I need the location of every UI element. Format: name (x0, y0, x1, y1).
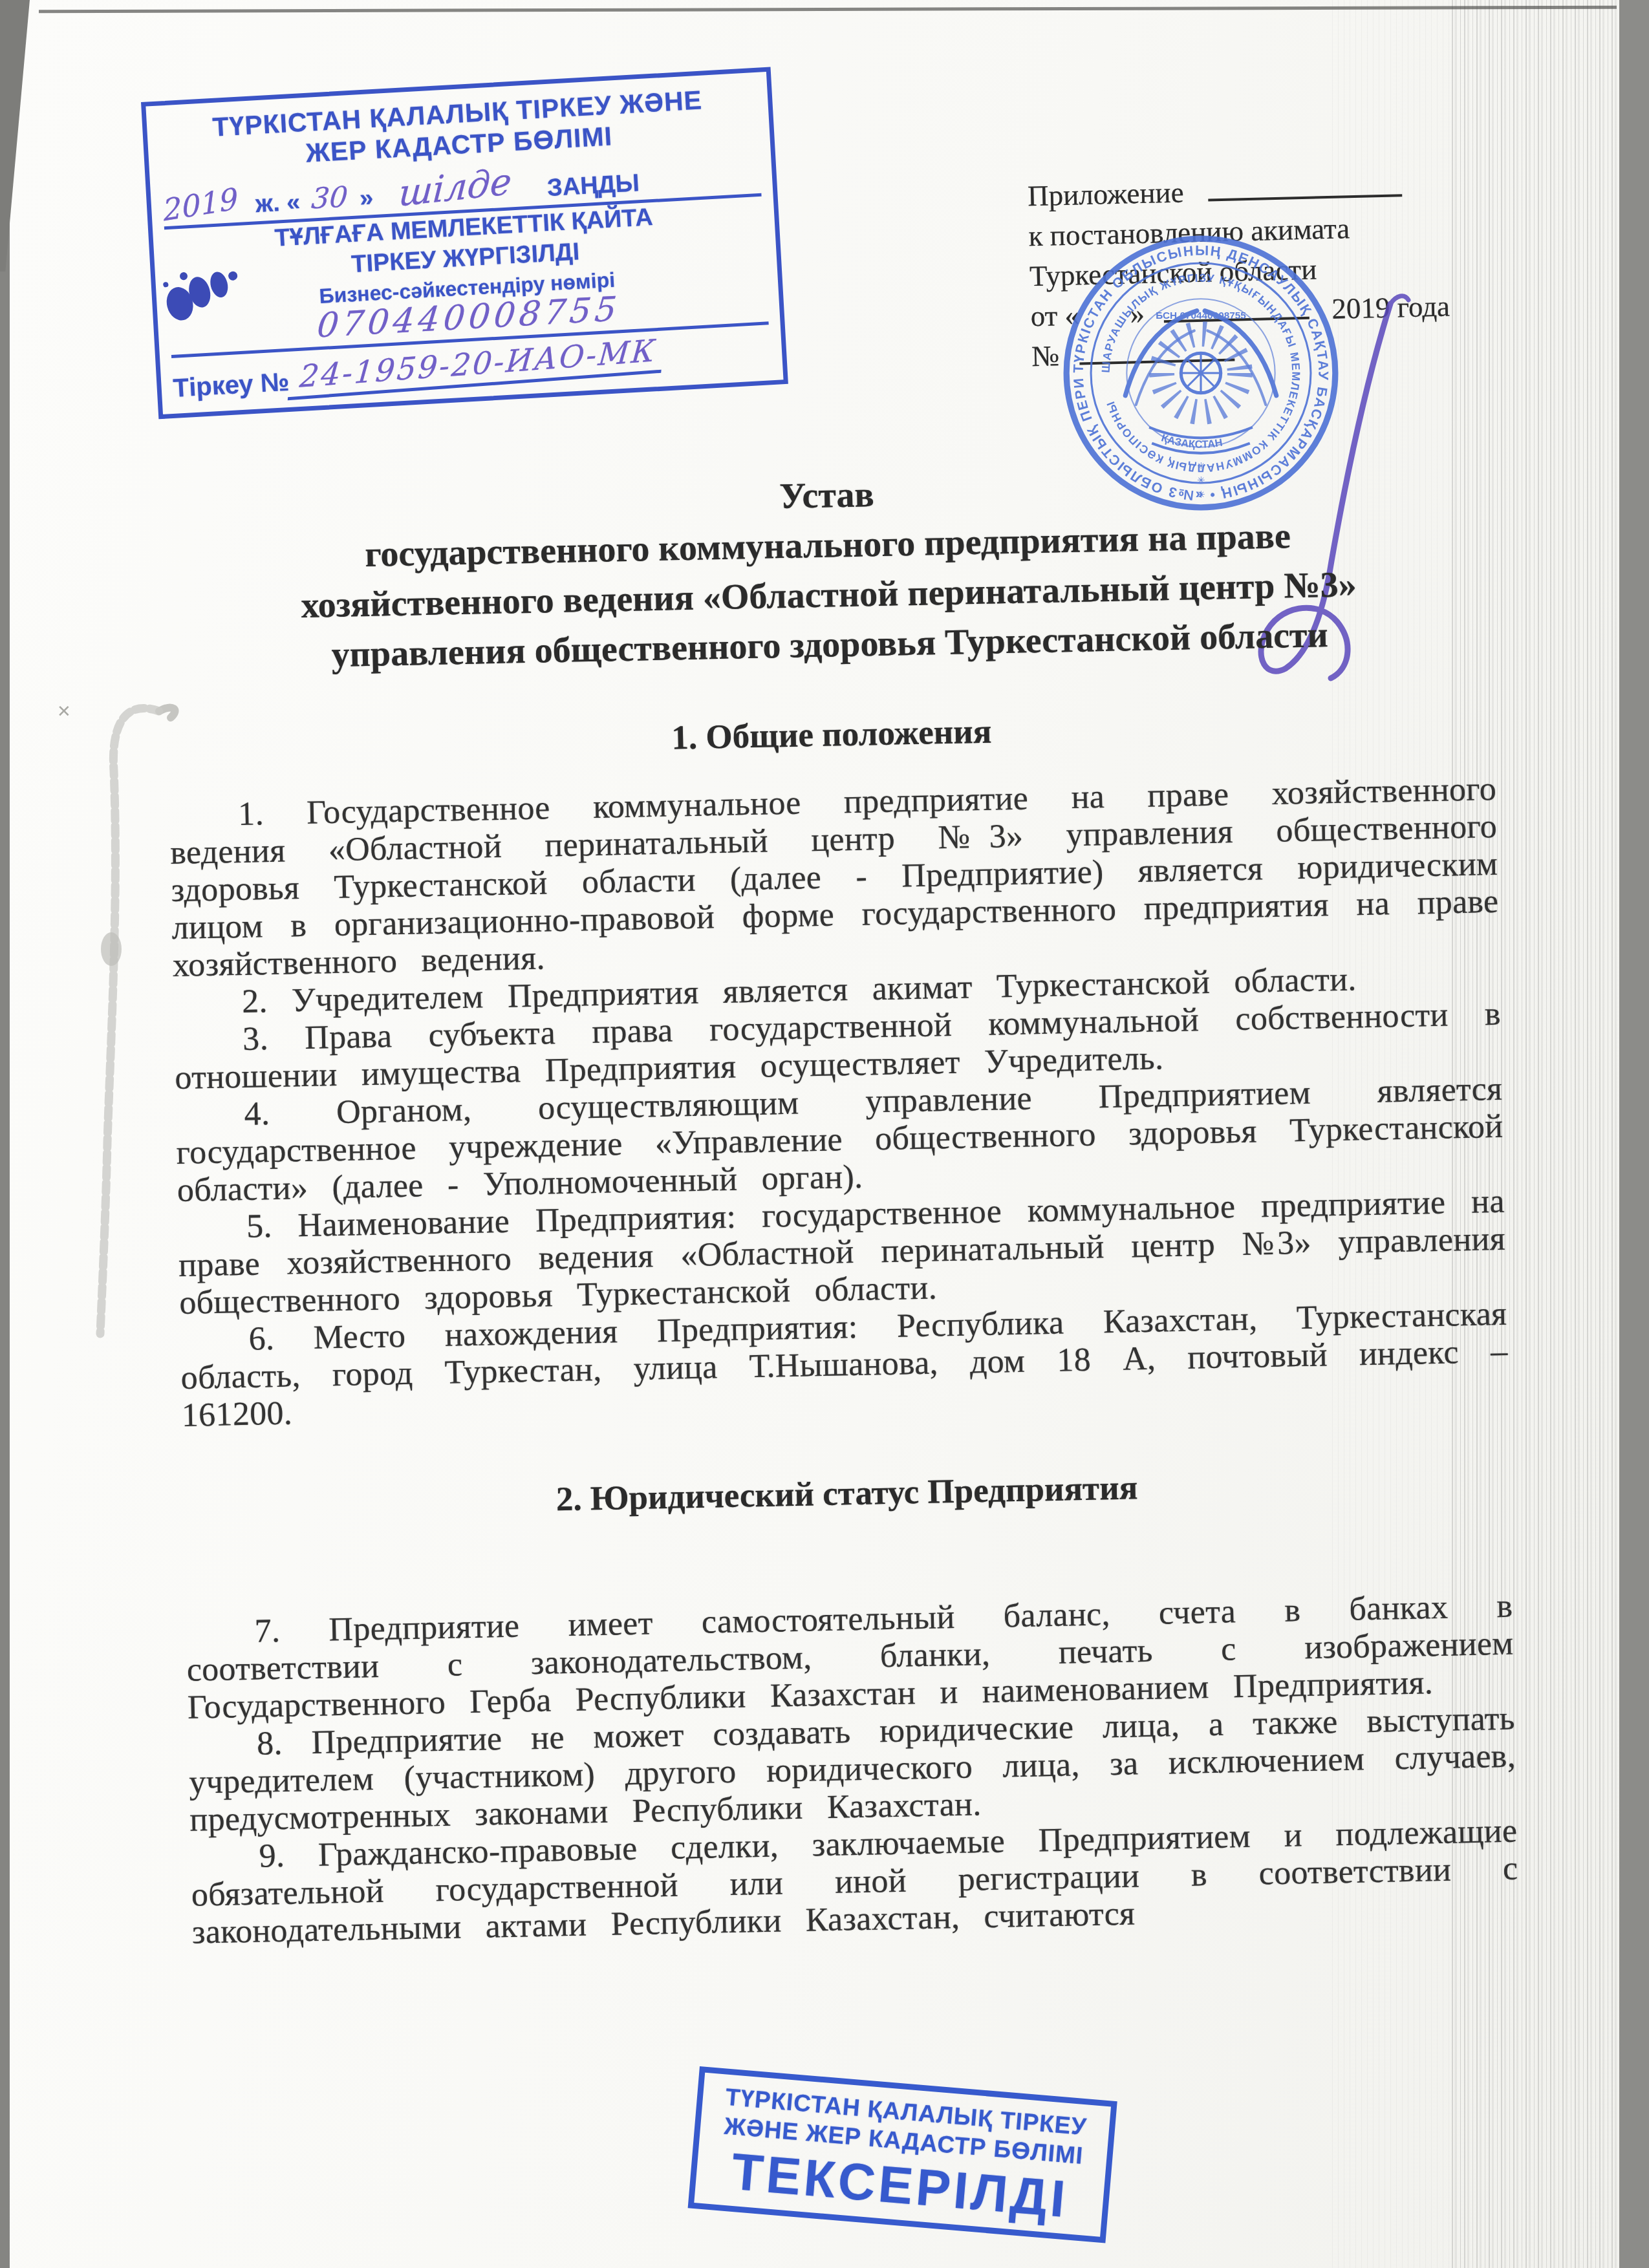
date-label: ж. « (255, 189, 301, 219)
section-2-heading: 2. Юридический статус Предприятия (183, 1461, 1511, 1526)
pen-mark-x: ✕ (57, 702, 71, 722)
number-sign: № (1031, 339, 1060, 372)
scanner-edge-left (0, 0, 10, 2268)
legal-word: ЗАҢДЫ (546, 169, 640, 202)
date-close-quote: » (359, 184, 374, 213)
handwritten-day: 30 (310, 180, 349, 215)
scanned-document-page: ✕ ТҮРКІСТАН ҚАЛАЛЫҚ ТІРКЕУ ЖӘНЕ ЖЕР КАДА… (0, 0, 1649, 2268)
blank-line (1207, 172, 1402, 201)
paragraph-1: 1. Государственное коммунальное предприя… (169, 771, 1500, 985)
appendix-word: Приложение (1027, 176, 1184, 212)
section-2-paragraphs: 7. Предприятие имеет самостоятельный бал… (186, 1588, 1519, 1952)
section-1-paragraphs: 1. Государственное коммунальное предприя… (169, 771, 1509, 1435)
ink-blot (159, 257, 250, 322)
reg-number-label: Тіркеу № (173, 368, 290, 403)
section-1-heading: 1. Общие положения (168, 702, 1496, 767)
scanner-edge-right (1619, 0, 1649, 2268)
handwritten-month: шілде (398, 160, 513, 215)
registration-stamp: ТҮРКІСТАН ҚАЛАЛЫҚ ТІРКЕУ ЖӘНЕ ЖЕР КАДАСТ… (141, 67, 788, 420)
handwritten-year: 2019 (162, 181, 239, 228)
document-body: Устав государственного коммунального пре… (163, 458, 1519, 1952)
